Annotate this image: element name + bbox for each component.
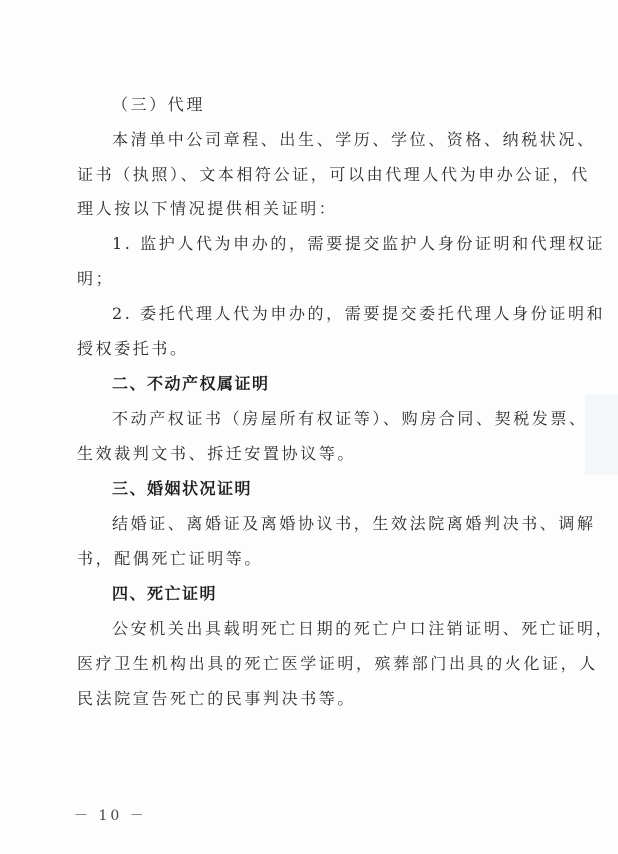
- paragraph-line: 书，配偶死亡证明等。: [77, 549, 263, 569]
- paragraph-line: 证书（执照）、文本相符公证，可以由代理人代为申办公证，代: [77, 165, 590, 185]
- list-item-2-cont: 授权委托书。: [77, 339, 189, 359]
- list-item-2: 2. 委托代理人代为申办的，需要提交委托代理人身份证明和: [112, 304, 605, 324]
- section-heading-real-estate: 二、不动产权属证明: [112, 374, 270, 394]
- page-number: － 10 －: [74, 805, 147, 825]
- list-item-1: 1. 监护人代为申办的，需要提交监护人身份证明和代理权证: [112, 234, 605, 254]
- paragraph-line: 医疗卫生机构出具的死亡医学证明，殡葬部门出具的火化证，人: [77, 654, 598, 674]
- list-item-1-cont: 明；: [77, 269, 114, 289]
- paragraph-line: 结婚证、离婚证及离婚协议书，生效法院离婚判决书、调解: [112, 514, 596, 534]
- paragraph-line: 本清单中公司章程、出生、学历、学位、资格、纳税状况、: [112, 130, 596, 150]
- section-heading-death: 四、死亡证明: [112, 584, 217, 604]
- background-tint: [585, 395, 618, 475]
- paragraph-line: 不动产权证书（房屋所有权证等）、购房合同、契税发票、: [112, 409, 588, 429]
- document-page: （三）代理 本清单中公司章程、出生、学历、学位、资格、纳税状况、 证书（执照）、…: [0, 0, 618, 854]
- paragraph-line: 民法院宣告死亡的民事判决书等。: [77, 689, 356, 709]
- paragraph-line: 理人按以下情况提供相关证明：: [77, 199, 337, 219]
- section-heading-marital-status: 三、婚姻状况证明: [112, 479, 252, 499]
- paragraph-line: 生效裁判文书、拆迁安置协议等。: [77, 444, 356, 464]
- subsection-title-agency: （三）代理: [112, 95, 205, 115]
- paragraph-line: 公安机关出具载明死亡日期的死亡户口注销证明、死亡证明，: [112, 619, 614, 639]
